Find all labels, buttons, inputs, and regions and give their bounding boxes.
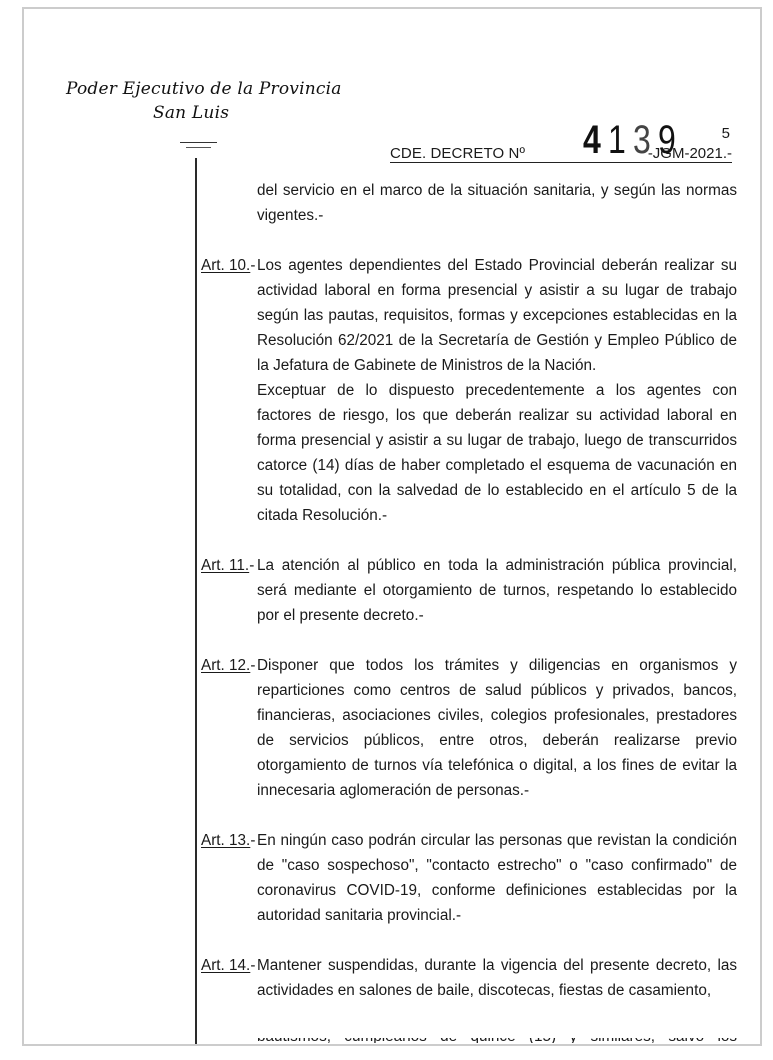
article: Art. 13.-En ningún caso podrán circular … <box>201 828 737 928</box>
article-paragraph: Exceptuar de lo dispuesto precedentement… <box>257 378 737 528</box>
letterhead-title: Poder Ejecutivo de la Provincia <box>66 79 342 99</box>
article-label: Art. 11.- <box>201 553 254 578</box>
article-label: Art. 10.- <box>201 253 255 278</box>
document-page: Poder Ejecutivo de la Provincia San Luis… <box>22 7 762 1046</box>
article-body: Disponer que todos los trámites y dilige… <box>257 653 737 803</box>
article-label: Art. 14.- <box>201 953 255 978</box>
article-dash: - <box>250 257 255 274</box>
article: Art. 12.-Disponer que todos los trámites… <box>201 653 737 803</box>
article: Art. 11.-La atención al público en toda … <box>201 553 737 628</box>
article-number: Art. 10. <box>201 257 250 274</box>
article-number: Art. 14. <box>201 957 250 974</box>
article-dash: - <box>250 657 255 674</box>
letterhead-rule <box>180 142 217 143</box>
article-label: Art. 12.- <box>201 653 255 678</box>
decree-digit: 4 <box>583 118 608 162</box>
letterhead-rule-short <box>186 147 211 148</box>
article-paragraph: En ningún caso podrán circular las perso… <box>257 828 737 928</box>
margin-line <box>195 158 197 1046</box>
page-number: 5 <box>722 125 730 142</box>
decree-digit: 1 <box>608 118 633 162</box>
article-number: Art. 11. <box>201 557 249 574</box>
articles-list: Art. 10.-Los agentes dependientes del Es… <box>201 253 737 1003</box>
article: Art. 10.-Los agentes dependientes del Es… <box>201 253 737 528</box>
article: Art. 14.-Mantener suspendidas, durante l… <box>201 953 737 1003</box>
article-paragraph: La atención al público en toda la admini… <box>257 553 737 628</box>
document-body: del servicio en el marco de la situación… <box>201 178 737 1028</box>
article-body: La atención al público en toda la admini… <box>257 553 737 628</box>
letterhead-province: San Luis <box>153 103 229 123</box>
article-body: Los agentes dependientes del Estado Prov… <box>257 253 737 528</box>
article-paragraph: Los agentes dependientes del Estado Prov… <box>257 253 737 378</box>
article-body: En ningún caso podrán circular las perso… <box>257 828 737 928</box>
article-dash: - <box>249 557 254 574</box>
article-number: Art. 13. <box>201 832 250 849</box>
continuation-paragraph: del servicio en el marco de la situación… <box>201 178 737 228</box>
article-paragraph: Disponer que todos los trámites y dilige… <box>257 653 737 803</box>
article-dash: - <box>250 957 255 974</box>
decree-header: CDE. DECRETO Nº 4139 -JGM-2021.- 5 <box>390 118 732 164</box>
cutoff-line: bautismos, cumpleaños de quince (15) y s… <box>257 1038 737 1043</box>
document-viewport: Poder Ejecutivo de la Provincia San Luis… <box>22 7 762 1046</box>
article-number: Art. 12. <box>201 657 250 674</box>
cutoff-text: bautismos, cumpleaños de quince (15) y s… <box>257 1038 737 1043</box>
article-dash: - <box>250 832 255 849</box>
decree-suffix: -JGM-2021.- <box>648 145 732 162</box>
article-label: Art. 13.- <box>201 828 255 853</box>
article-body: Mantener suspendidas, durante la vigenci… <box>257 953 737 1003</box>
decree-underline <box>390 162 732 163</box>
decree-label: CDE. DECRETO Nº <box>390 145 525 162</box>
article-paragraph: Mantener suspendidas, durante la vigenci… <box>257 953 737 1003</box>
